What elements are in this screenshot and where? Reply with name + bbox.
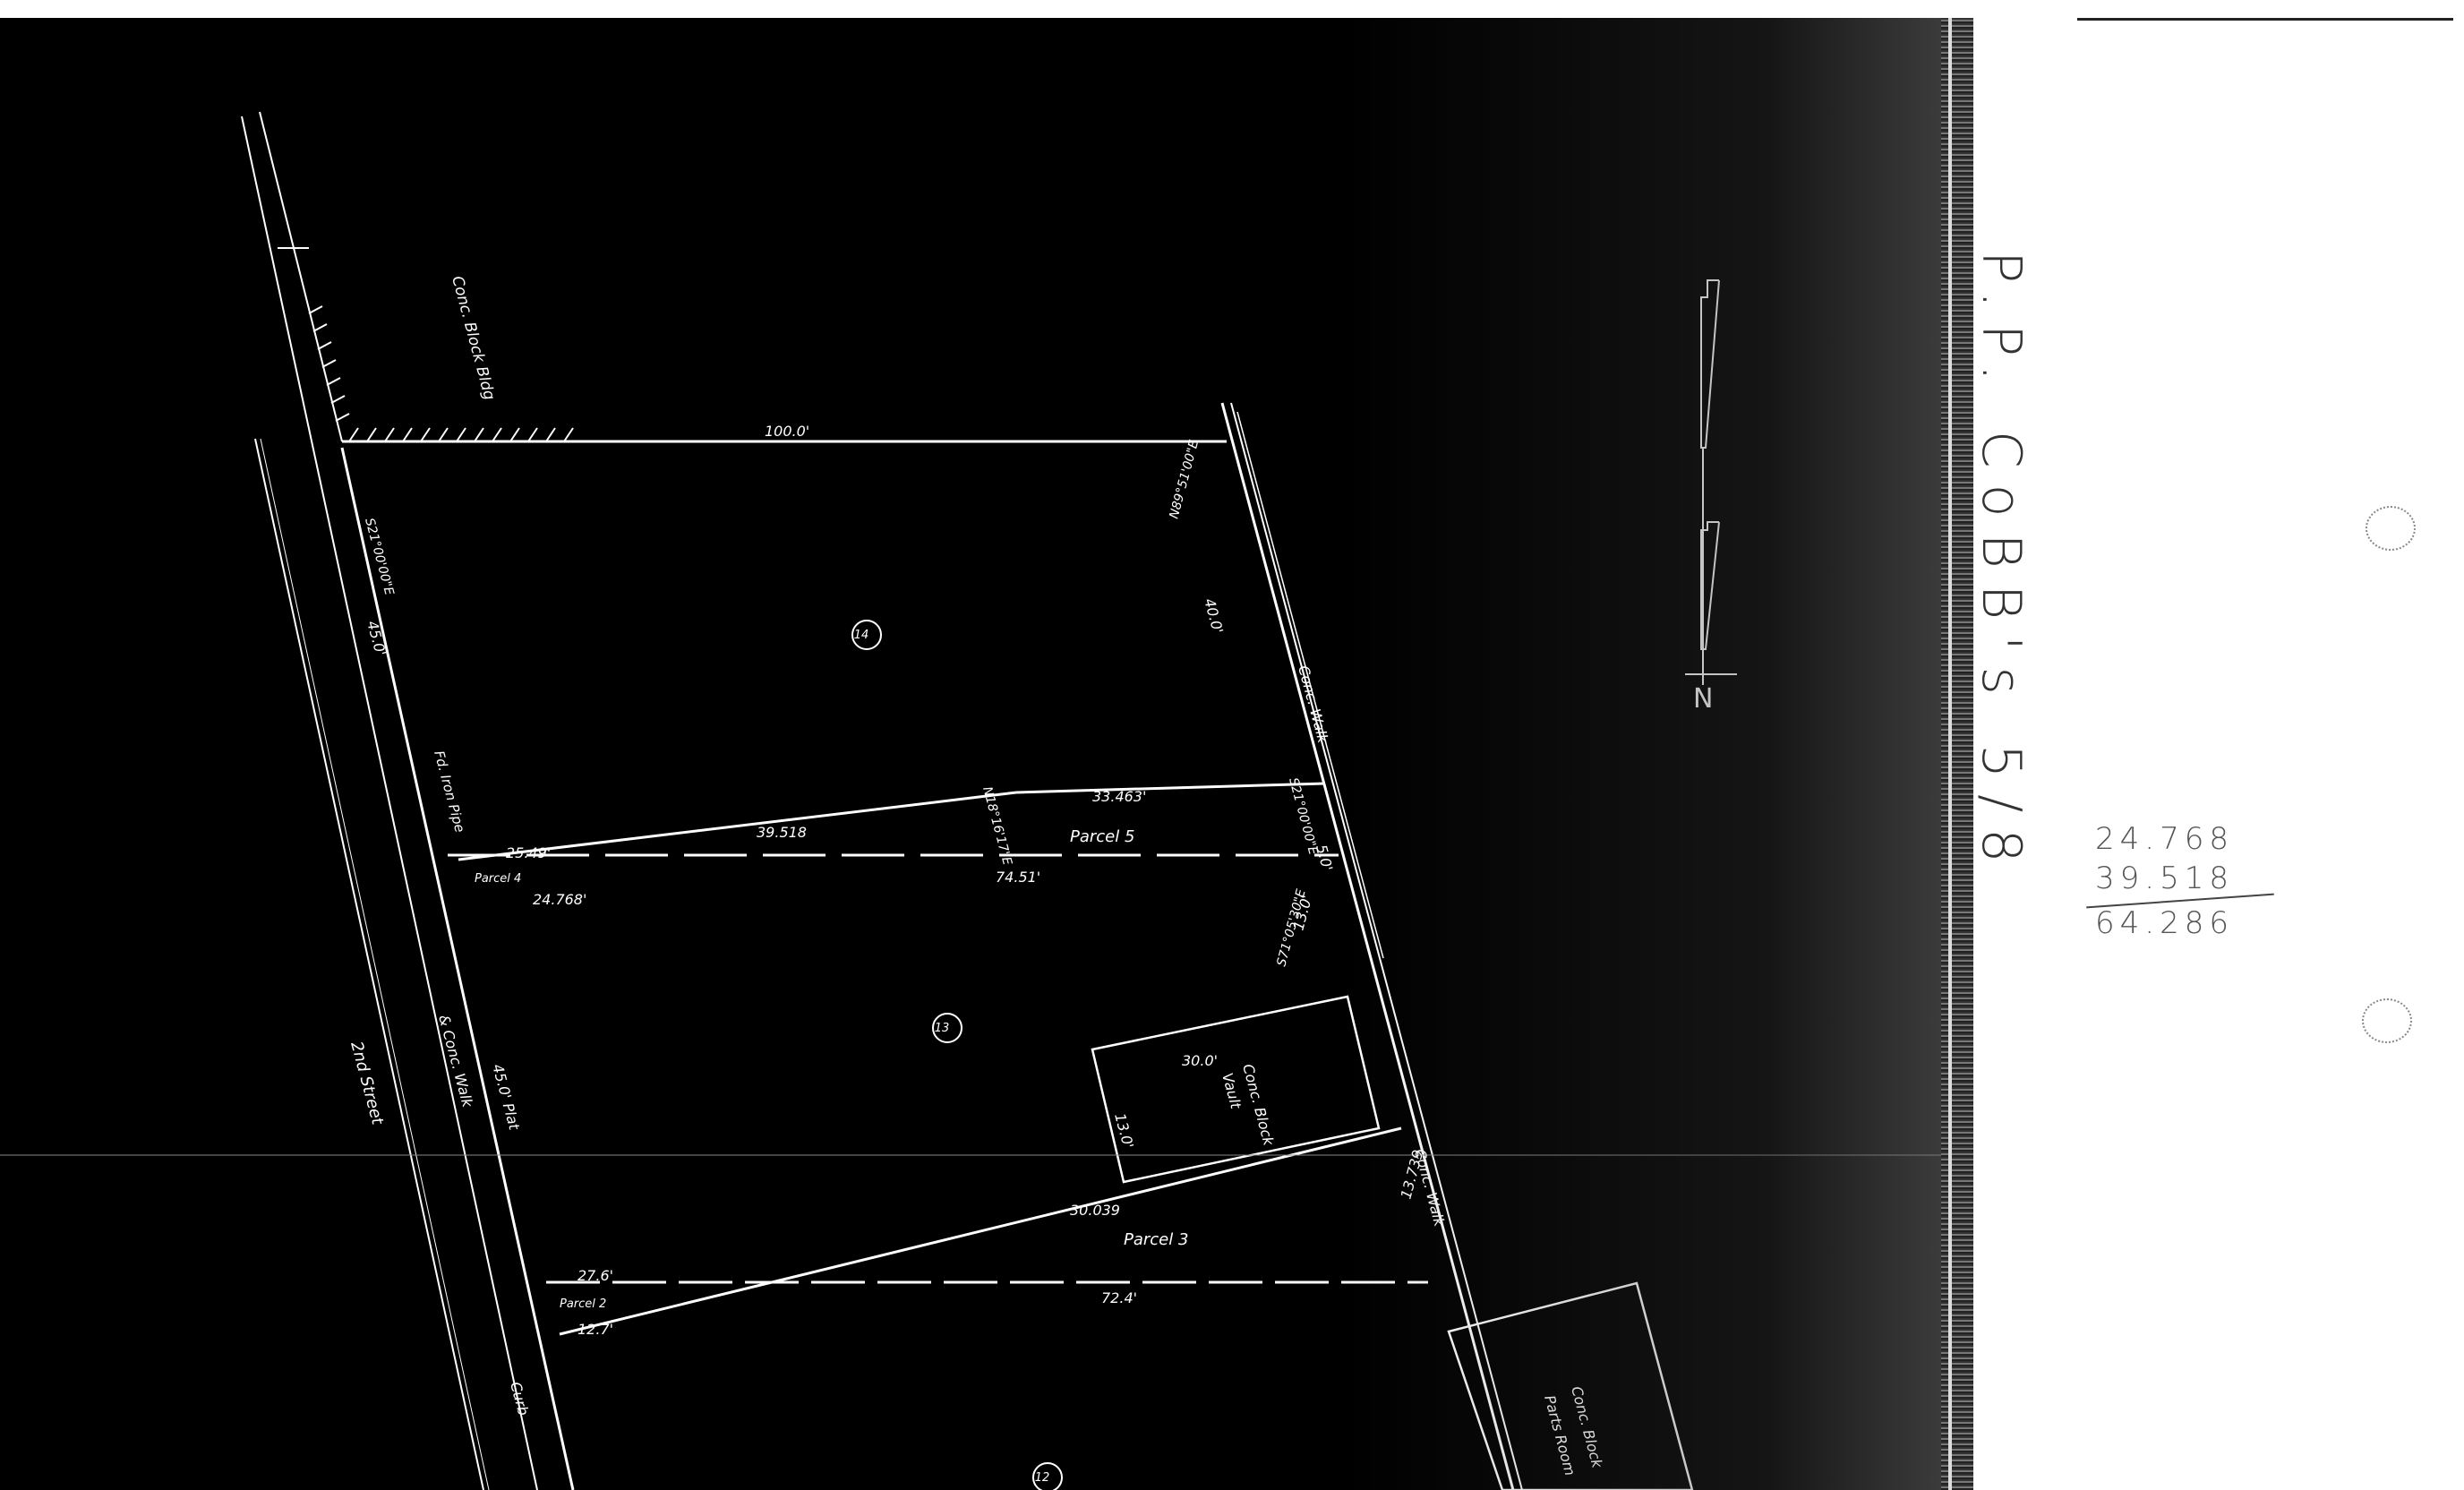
dim-left-lot13: 45.0' Plat xyxy=(489,1062,523,1132)
paper-margin xyxy=(1973,18,2464,1490)
dim-bearing-1: N89°51'00"E xyxy=(1167,439,1202,520)
label-left-street: 2nd Street xyxy=(346,1040,387,1127)
punch-hole-lower xyxy=(2362,998,2412,1043)
survey-drawing: 100.0' 14 13 12 25.49' 74.51' 24.768' Pa… xyxy=(0,18,1947,1490)
dim-lower-small: 12.7' xyxy=(577,1321,613,1338)
dim-vault-diag: 30.039 xyxy=(1070,1202,1120,1219)
handwritten-title: P.P. CoBB's 5/8 xyxy=(1970,251,2032,878)
label-curb: Curb xyxy=(507,1380,532,1417)
calc-addend-2: 39.518 xyxy=(2095,861,2234,896)
calc-addend-1: 24.768 xyxy=(2095,821,2234,857)
binding-strip xyxy=(1941,18,1973,1490)
label-vault-line2: Vault xyxy=(1219,1071,1245,1111)
lot-number-12: 12 xyxy=(1035,1471,1050,1485)
dim-dashed-upper-mid: 74.51' xyxy=(996,869,1040,886)
binding-gap xyxy=(1948,18,1952,1490)
dim-bearing-2: S21°00'00"E xyxy=(1286,776,1320,857)
label-parcel-3: Parcel 3 xyxy=(1124,1230,1188,1249)
label-fd-iron-pipe: Fd. Iron Pipe xyxy=(431,749,468,834)
scan-noise-gradient xyxy=(1343,18,1947,1490)
dim-dashed-lower-mid: 72.4' xyxy=(1101,1289,1137,1306)
label-top-building: Conc. Block Bldg xyxy=(448,274,498,402)
top-margin xyxy=(0,0,2464,18)
dim-diag-upper-left: 39.518 xyxy=(757,824,807,841)
punch-hole-upper xyxy=(2366,506,2416,551)
dim-dashed-lower-left: 27.6' xyxy=(577,1267,613,1284)
lot-number-13: 13 xyxy=(935,1022,950,1035)
handwritten-calculation: 24.768 39.518 64.286 xyxy=(2095,819,2274,943)
dim-bearing-3: N18°16'17"E xyxy=(980,785,1014,867)
dim-vault-top: 30.0' xyxy=(1182,1052,1218,1069)
label-parcel-5: Parcel 5 xyxy=(1070,827,1134,846)
dim-lot14-left: 45.0' xyxy=(364,619,389,658)
dim-top-edge: 100.0' xyxy=(765,423,809,440)
label-parcel-2: Parcel 2 xyxy=(560,1297,606,1311)
dim-diag-lower-left: 24.768' xyxy=(533,891,586,908)
dim-lot14-right: 40.0' xyxy=(1201,596,1227,636)
lot-number-14: 14 xyxy=(854,629,869,642)
dim-dashed-upper-left: 25.49' xyxy=(506,844,551,861)
paper-top-edge xyxy=(2077,18,2453,21)
calc-sum: 64.286 xyxy=(2095,905,2234,941)
dim-diag-upper-right: 33.463' xyxy=(1092,788,1146,805)
label-parcel-4: Parcel 4 xyxy=(475,872,521,886)
label-right-walk-upper: Conc. Walk xyxy=(1295,664,1331,745)
